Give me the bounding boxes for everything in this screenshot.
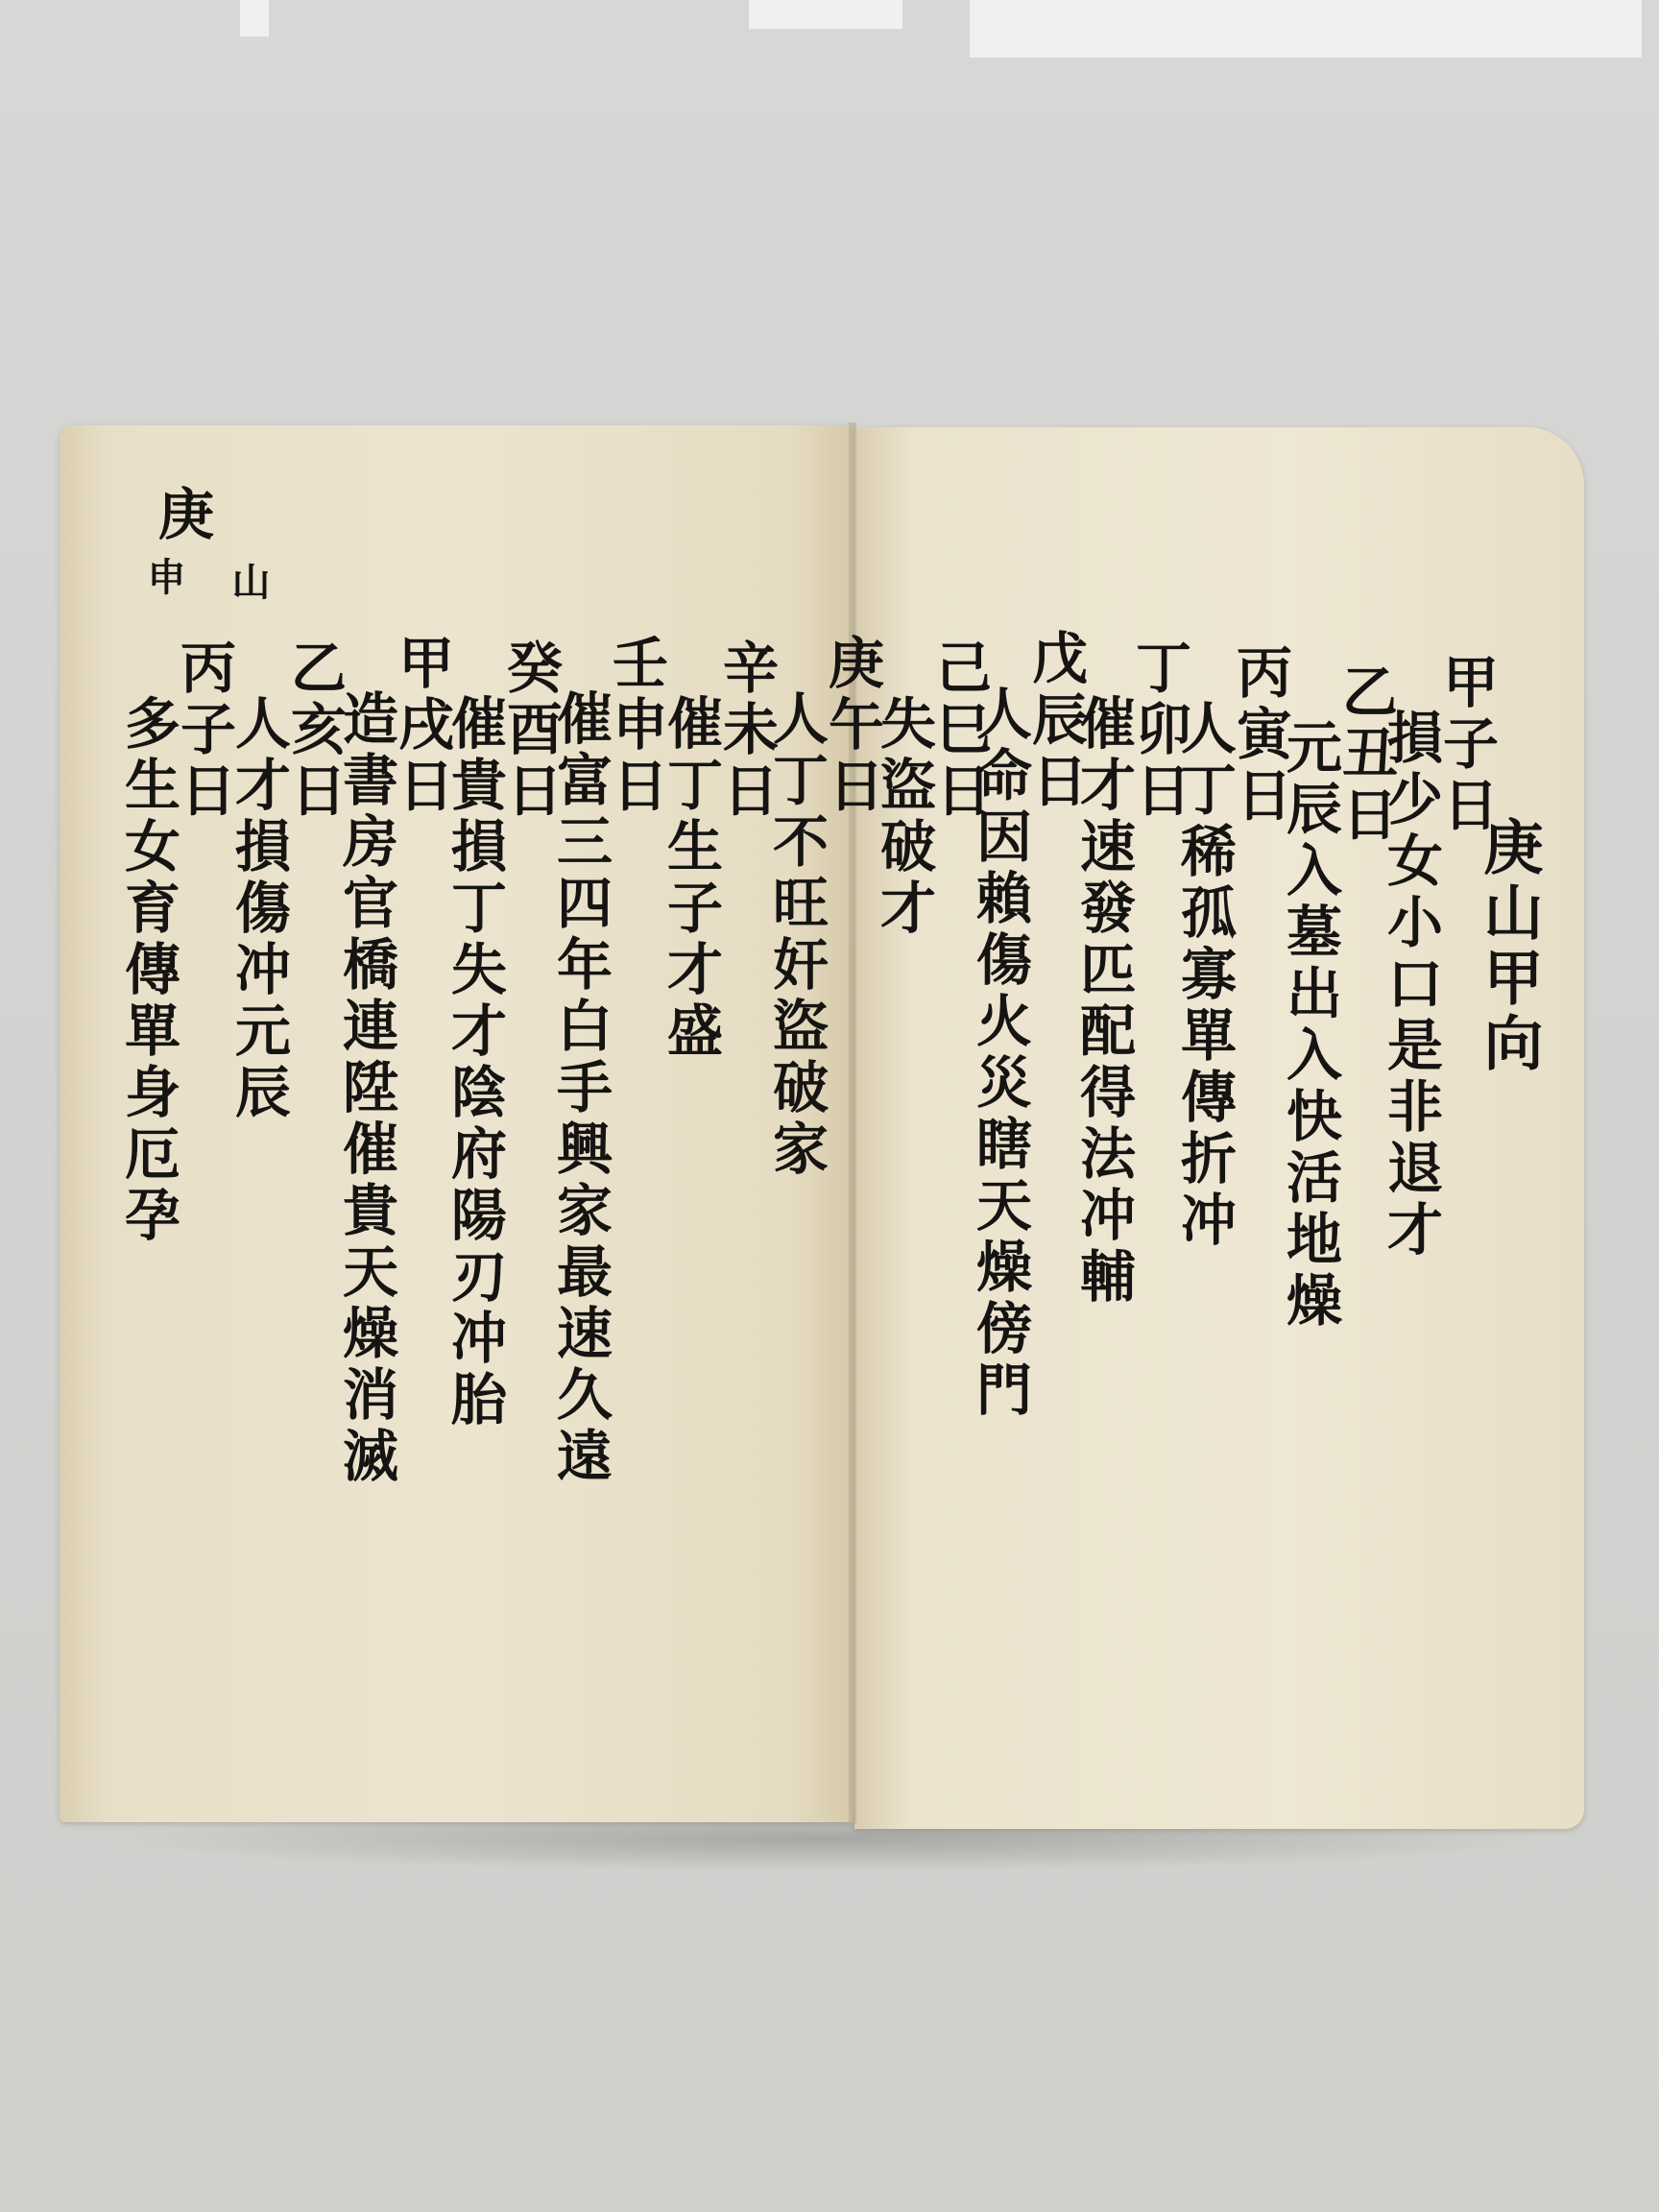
- left-page-heading-sub: 山: [228, 562, 267, 606]
- entry-text: 人才損傷冲元辰: [230, 694, 286, 1124]
- window-reflection: [749, 0, 902, 29]
- entry-text: 催貴損丁失才陰府陽刃冲胎: [446, 694, 502, 1431]
- window-reflection: [240, 0, 269, 36]
- entry-day: 甲子日: [1438, 653, 1494, 1262]
- entry-day: 乙亥日: [286, 638, 342, 1124]
- entry-column: 丁卯日 催才速發匹配得法冲輔: [1075, 638, 1187, 1309]
- entry-day: 丙子日: [176, 638, 231, 1247]
- entry-day: 己巳日: [931, 638, 987, 940]
- left-page-heading: 庚: [154, 485, 209, 546]
- entry-column: 乙丑日 元辰入墓出入快活地燥: [1282, 662, 1393, 1333]
- entry-column: 丙子日 多生女育傳單身厄孕: [120, 638, 231, 1247]
- entry-day: 庚午日: [824, 634, 879, 1181]
- left-page-heading-below: 申: [144, 557, 182, 601]
- entry-column: 丙寅日 人丁稀孤寡單傳折冲: [1176, 643, 1287, 1252]
- window-reflection: [970, 0, 1642, 58]
- entry-column: 癸酉日 催貴損丁失才陰府陽刃冲胎: [446, 638, 558, 1431]
- entry-day: 丙寅日: [1232, 643, 1287, 1252]
- entry-column: 己巳日 失盜破才: [876, 638, 987, 940]
- entry-day: 戊辰日: [1027, 629, 1083, 1422]
- entry-column: 辛未日 催丁生子才盛: [662, 638, 774, 1063]
- entry-day: 壬申日: [608, 634, 663, 1488]
- entry-day: 癸酉日: [502, 638, 558, 1431]
- entry-column: 庚午日 人丁不旺奸盜破家: [768, 634, 879, 1181]
- entry-column: 乙亥日 人才損傷冲元辰: [230, 638, 342, 1124]
- entry-day: 辛未日: [718, 638, 774, 1063]
- entry-text: 催丁生子才盛: [662, 694, 718, 1063]
- entry-column: 甲子日 損少女小口是非退才: [1382, 653, 1494, 1262]
- entry-text: 多生女育傳單身厄孕: [120, 694, 176, 1247]
- entry-column: 壬申日 催富三四年白手興家最速久遠: [552, 634, 663, 1488]
- entry-column: 甲戌日 造書房官橋連陞催貴天燥消滅: [338, 634, 449, 1488]
- entry-day: 丁卯日: [1131, 638, 1187, 1309]
- entry-day: 甲戌日: [394, 634, 449, 1488]
- entry-day: 乙丑日: [1337, 662, 1393, 1333]
